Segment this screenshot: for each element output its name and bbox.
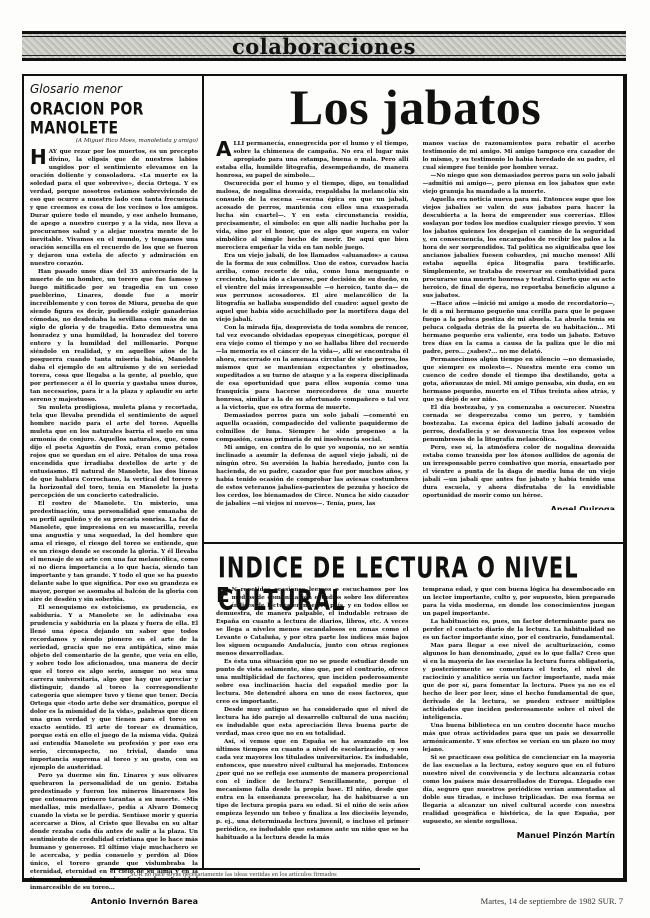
article-column-1: ALLI permanecía, ennegrecida por el humo… xyxy=(216,140,409,510)
article-column-2: manos vacías de razonamientos para rebat… xyxy=(423,140,616,510)
footer-disclaimer: SUR no hace suyas necesariamente las ide… xyxy=(130,871,337,878)
article-paragraph: manos vacías de razonamientos para rebat… xyxy=(423,140,616,172)
article-signature: Angel Quiroga xyxy=(423,505,616,510)
article-los-jabatos: Los jabatos ALLI permanecía, ennegrecida… xyxy=(204,76,625,542)
article-paragraph: Una buena biblioteca en un centro docent… xyxy=(423,722,616,754)
article-paragraph: Mi amigo, en contra de lo que yo suponía… xyxy=(216,444,409,508)
article-paragraph: Han pasado unos días del 35 aniversario … xyxy=(30,268,198,404)
article-dedication: (A Miguel Rico Moes, manoletista y amigo… xyxy=(30,138,198,144)
article-paragraph: Su muleta prodigiosa, muleta plana y rec… xyxy=(30,404,198,500)
article-paragraph: Si se practicase esa política de concien… xyxy=(423,754,616,826)
article-paragraph: Es ésta una situación que no se puede es… xyxy=(216,658,409,706)
article-column-2: temprana edad, y que con buena lógica ha… xyxy=(423,586,616,854)
article-paragraph: Era un viejo jabalí, de los llamados «al… xyxy=(216,252,409,324)
article-headline: ORACION POR MANOLETE xyxy=(30,100,198,138)
article-paragraph: Oscurecida por el humo y el tiempo, digo… xyxy=(216,180,409,252)
article-paragraph: Demasiados perros para un solo jabalí —c… xyxy=(216,412,409,444)
article-paragraph: Desde muy antiguo se ha considerado que … xyxy=(216,706,409,738)
section-title: colaboraciones xyxy=(232,34,416,59)
article-paragraph: Mas para llegar a ese nivel de aculturiz… xyxy=(423,642,616,722)
drop-cap: H xyxy=(30,149,47,165)
article-paragraph: La habituación es, pues, un factor deter… xyxy=(423,618,616,642)
article-paragraph: temprana edad, y que con buena lógica ha… xyxy=(423,586,616,618)
article-paragraph: El senequismo es estoicismo, es prudenci… xyxy=(30,604,198,772)
article-paragraph: Aquella era noticia nueva para mí. Enton… xyxy=(423,196,616,300)
article-paragraph: Pero, eso sí, la atmósfera color de noga… xyxy=(423,444,616,500)
footer-rule xyxy=(110,868,420,870)
article-signature: Manuel Pinzón Martín xyxy=(423,831,616,840)
article-paragraph: Permanecimos algún tiempo en silencio —n… xyxy=(423,356,616,404)
article-paragraph: —No niego que son demasiados perros para… xyxy=(423,172,616,196)
article-paragraph: HAY que rezar por los muertos, es un pre… xyxy=(30,148,198,268)
column-kicker: Glosario menor xyxy=(30,82,198,96)
article-paragraph: Con la mirada fija, desprovista de toda … xyxy=(216,324,409,412)
drop-cap: A xyxy=(216,141,231,157)
article-column-1: EN repetidas ocasiones leemos o escucham… xyxy=(216,586,409,854)
article-paragraph: ALLI permanecía, ennegrecida por el humo… xyxy=(216,140,409,180)
article-headline: Los jabatos xyxy=(216,78,615,136)
page-date-folio: Martes, 14 de septiembre de 1982 SUR. 7 xyxy=(481,896,623,906)
article-signature: Antonio Invernón Barea xyxy=(30,897,198,906)
article-paragraph: El día bostezaba, y ya comenzaba a oscur… xyxy=(423,404,616,444)
article-paragraph: Así, si vemos que en España se ha avanza… xyxy=(216,738,409,842)
article-paragraph: —Hace años —inició mi amigo a modo de re… xyxy=(423,300,616,356)
section-masthead: colaboraciones xyxy=(22,31,626,61)
article-oracion-por-manolete: Glosario menor ORACION POR MANOLETE (A M… xyxy=(24,76,204,870)
article-indice-de-lectura: INDICE DE LECTURA O NIVEL CULTURAL EN re… xyxy=(204,542,625,870)
article-paragraph: El rostro de Manolete. Un misterio, una … xyxy=(30,500,198,604)
article-headline: INDICE DE LECTURA O NIVEL CULTURAL xyxy=(218,552,615,587)
